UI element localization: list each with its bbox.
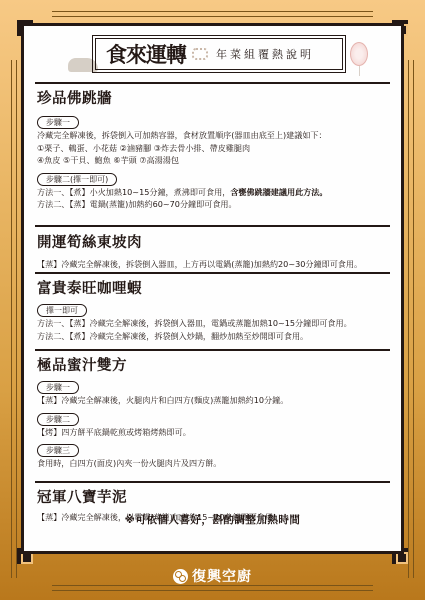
instruction-line: 方法二、【煮】冷藏完全解凍後，拆袋倒入炒鍋，翻炒加熱至炒開即可食用。: [37, 330, 391, 343]
step-badge: 步驟一: [37, 116, 79, 129]
gold-border-right: [408, 60, 414, 578]
section-curry-shrimp: 富貴泰旺咖哩蝦 擇一即可 方法一、【蒸】冷藏完全解凍後，拆袋倒入器皿，電鍋或蒸籠…: [37, 280, 391, 342]
divider: [35, 481, 390, 483]
instruction-line: ④魚皮 ⑤干貝、鮑魚 ⑥芋頭 ⑦高湯湯包: [37, 154, 391, 167]
brand-name: 復興空廚: [192, 566, 252, 586]
section-title: 開運筍絲東坡肉: [37, 234, 391, 252]
step-badge: 步驟二: [37, 413, 79, 426]
title-banner: 食來運轉 年菜組覆熱說明: [95, 38, 343, 70]
heating-time-note: ※可依個人喜好，斟酌調整加熱時間: [0, 512, 425, 527]
step-badge: 步驟一: [37, 381, 79, 394]
instruction-line: ①栗子、鵪蛋、小花菇 ②滷豬腳 ③炸去骨小排、帶皮雞腿肉: [37, 142, 391, 155]
divider: [35, 272, 390, 274]
instruction-line: 方法一、【蒸】冷藏完全解凍後，拆袋倒入器皿，電鍋或蒸籠加熱10~15分鐘即可食用…: [37, 317, 391, 330]
instruction-line: 方法一、【煮】小火加熱10~15分鐘，煮沸即可食用，含甕佛跳牆建議用此方法。: [37, 186, 391, 199]
footer-brand: 復興空廚: [0, 566, 425, 586]
gold-border-top: [52, 11, 373, 17]
section-honey-ham: 極品蜜汁雙方 步驟一 【蒸】冷藏完全解凍後，火腿肉片和白四方(麵皮)蒸籠加熱約1…: [37, 357, 391, 470]
step-badge: 步驟二(擇一即可): [37, 173, 117, 186]
step-badge: 步驟三: [37, 444, 79, 457]
step-badge: 擇一即可: [37, 304, 87, 317]
chinese-knot-icon: [192, 48, 208, 60]
section-buddha-jumps-over-wall: 珍品佛跳牆 步驟一 冷藏完全解凍後，拆袋倒入可加熱容器，食材放置順序(器皿由底至…: [37, 90, 391, 211]
instruction-line: 方法二、【蒸】電鍋(蒸籠)加熱約60~70分鐘即可食用。: [37, 198, 391, 211]
gold-border-left: [11, 60, 17, 578]
page-subtitle: 年菜組覆熱說明: [216, 46, 314, 62]
divider: [35, 225, 390, 227]
instruction-line: 冷藏完全解凍後，拆袋倒入可加熱容器，食材放置順序(器皿由底至上)建議如下：: [37, 129, 391, 142]
section-title: 冠軍八寶芋泥: [37, 489, 391, 507]
section-title: 富貴泰旺咖哩蝦: [37, 280, 391, 298]
instruction-panel: 食來運轉 年菜組覆熱說明 珍品佛跳牆 步驟一 冷藏完全解凍後，拆袋倒入可加熱容器…: [21, 23, 404, 554]
divider: [35, 82, 390, 84]
divider: [35, 349, 390, 351]
instruction-line: 【烤】四方餅平底鍋乾煎或烤箱烤熱即可。: [37, 426, 391, 439]
brand-title: 食來運轉: [96, 39, 186, 69]
instruction-line: 食用時，白四方(面皮)內夾一份火腿肉片及四方餅。: [37, 457, 391, 470]
lantern-icon: [350, 42, 368, 66]
instruction-line: 【蒸】冷藏完全解凍後，火腿肉片和白四方(麵皮)蒸籠加熱約10分鐘。: [37, 394, 391, 407]
instruction-text: 方法一、【煮】小火加熱10~15分鐘，煮沸即可食用，: [37, 187, 230, 197]
section-dongpo-pork: 開運筍絲東坡肉 【蒸】冷藏完全解凍後，拆袋倒入器皿，上方再以電鍋(蒸籠)加熱約2…: [37, 234, 391, 271]
brand-logo-icon: [173, 569, 188, 584]
instruction-line: 【蒸】冷藏完全解凍後，拆袋倒入器皿，上方再以電鍋(蒸籠)加熱約20~30分鐘即可…: [37, 258, 391, 271]
section-title: 珍品佛跳牆: [37, 90, 391, 108]
emphasis-text: 含甕佛跳牆建議用此方法。: [230, 187, 327, 197]
section-title: 極品蜜汁雙方: [37, 357, 391, 375]
cloud-decoration-icon: [68, 58, 98, 72]
